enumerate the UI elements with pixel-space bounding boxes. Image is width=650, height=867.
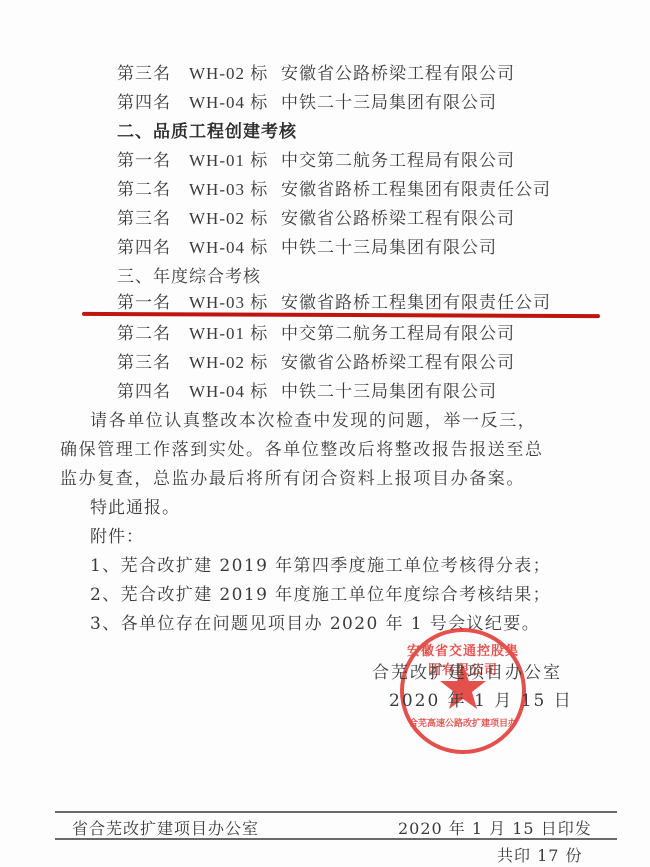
lot-label: WH-03 标 (189, 179, 281, 201)
ranking-row: 第二名WH-03 标安徽省路桥工程集团有限责任公司 (117, 179, 551, 201)
rank-label: 第四名 (117, 237, 189, 259)
company-name: 安徽省公路桥梁工程有限公司 (281, 353, 515, 373)
section-heading-annual: 三、年度综合考核 (117, 266, 261, 288)
lot-label: WH-01 标 (189, 323, 281, 345)
notice-text: 特此通报。 (90, 497, 180, 519)
company-name: 安徽省公路桥梁工程有限公司 (281, 209, 515, 229)
ranking-row: 第三名WH-02 标安徽省公路桥梁工程有限公司 (117, 63, 515, 85)
ranking-row-highlighted: 第一名WH-03 标安徽省路桥工程集团有限责任公司 (117, 292, 551, 314)
lot-label: WH-04 标 (189, 381, 281, 403)
lot-label: WH-02 标 (189, 208, 281, 230)
attachment-item: 2、芜合改扩建 2019 年度施工单位年度综合考核结果； (90, 584, 551, 606)
rank-label: 第二名 (117, 179, 189, 201)
seal-bottom-text: 合芜高速公路改扩建项目办 (404, 716, 522, 729)
attachment-item: 1、芜合改扩建 2019 年第四季度施工单位考核得分表； (90, 555, 551, 577)
footer-rule-bottom (55, 838, 617, 840)
body-paragraph-line: 监办复查，总监办最后将所有闭合资料上报项目办备案。 (60, 468, 525, 490)
rank-label: 第三名 (117, 352, 189, 374)
rank-label: 第三名 (117, 208, 189, 230)
lot-label: WH-01 标 (189, 150, 281, 172)
ranking-row: 第三名WH-02 标安徽省公路桥梁工程有限公司 (117, 352, 515, 374)
company-name: 中交第二航务工程局有限公司 (281, 151, 515, 171)
rank-label: 第四名 (117, 381, 189, 403)
lot-label: WH-04 标 (189, 237, 281, 259)
company-name: 安徽省路桥工程集团有限责任公司 (281, 180, 551, 200)
section-heading-quality: 二、品质工程创建考核 (117, 121, 297, 143)
rank-label: 第三名 (117, 63, 189, 85)
company-name: 中铁二十三局集团有限公司 (281, 238, 497, 258)
signature-org: 合芜改扩建项目办公室 (372, 658, 562, 683)
footer-print-date: 2020 年 1 月 15 日印发 (398, 816, 592, 839)
company-name: 中铁二十三局集团有限公司 (281, 382, 497, 402)
rank-label: 第一名 (117, 292, 189, 314)
company-name: 中铁二十三局集团有限公司 (281, 93, 497, 113)
body-paragraph-line: 请各单位认真整改本次检查中发现的问题，举一反三， (90, 410, 536, 432)
signature-date: 2020 年 1 月 15 日 (389, 686, 573, 711)
rank-label: 第四名 (117, 92, 189, 114)
footer-copies: 共印 17 份 (497, 843, 583, 866)
ranking-row: 第三名WH-02 标安徽省公路桥梁工程有限公司 (117, 208, 515, 230)
lot-label: WH-02 标 (189, 352, 281, 374)
rank-label: 第一名 (117, 150, 189, 172)
attachments-label: 附件： (90, 526, 144, 548)
footer-rule-top (55, 811, 617, 813)
ranking-row: 第二名WH-01 标中交第二航务工程局有限公司 (117, 323, 515, 345)
lot-label: WH-03 标 (189, 292, 281, 314)
body-paragraph-line: 确保管理工作落到实处。各单位整改后将整改报告报送至总 (60, 439, 544, 461)
company-name: 中交第二航务工程局有限公司 (281, 324, 515, 344)
company-name: 安徽省路桥工程集团有限责任公司 (281, 293, 551, 313)
ranking-row: 第一名WH-01 标中交第二航务工程局有限公司 (117, 150, 515, 172)
ranking-row: 第四名WH-04 标中铁二十三局集团有限公司 (117, 92, 497, 114)
company-name: 安徽省公路桥梁工程有限公司 (281, 64, 515, 84)
rank-label: 第二名 (117, 323, 189, 345)
ranking-row: 第四名WH-04 标中铁二十三局集团有限公司 (117, 237, 497, 259)
footer-issuer: 省合芜改扩建项目办公室 (72, 816, 259, 839)
ranking-row: 第四名WH-04 标中铁二十三局集团有限公司 (117, 381, 497, 403)
lot-label: WH-02 标 (189, 63, 281, 85)
lot-label: WH-04 标 (189, 92, 281, 114)
red-underline-highlight (82, 312, 600, 318)
